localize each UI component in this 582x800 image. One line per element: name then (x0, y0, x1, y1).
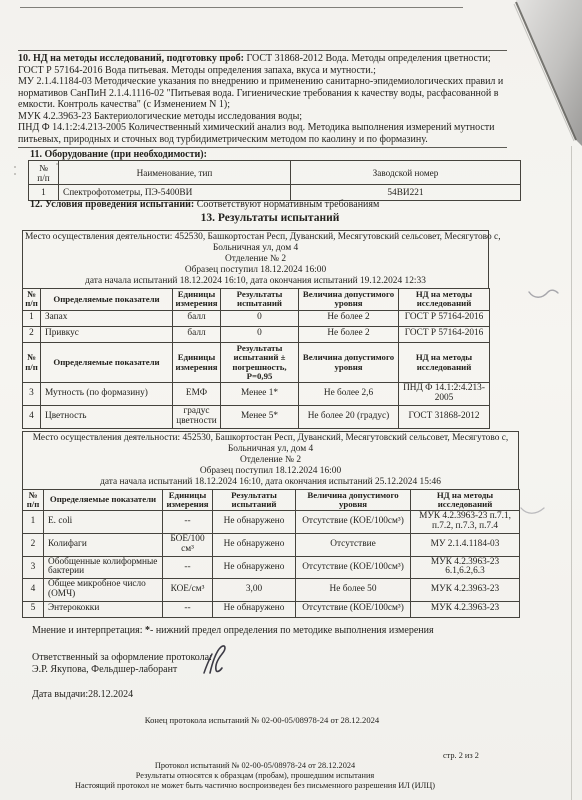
table-cell: ГОСТ Р 57164-2016 (399, 310, 490, 326)
table-cell: Отсутствие (КОЕ/100см³) (296, 556, 411, 579)
column-header: № п/п (29, 161, 59, 185)
issue-date: Дата выдачи:28.12.2024 (32, 689, 519, 700)
column-header: Наименование, тип (59, 161, 291, 185)
results-area: Место осуществления деятельности: 452530… (22, 230, 519, 733)
page-right-edge (571, 146, 572, 800)
table-cell: 3 (23, 556, 44, 579)
opinion-line: Мнение и интерпретация: *- нижний предел… (32, 625, 519, 636)
test-dates-line: дата начала испытаний 18.12.2024 16:10, … (25, 276, 486, 287)
table-cell: ЕМФ (173, 383, 221, 406)
method-item: ПНД Ф 14.1:2:4.213-2005 Количественный х… (18, 122, 507, 145)
corner-fold-graphic (506, 0, 582, 146)
column-header: Результаты испытаний (213, 489, 296, 511)
table-cell: Не обнаружено (213, 601, 296, 617)
table-cell: Не обнаружено (213, 556, 296, 579)
table-cell: Запах (41, 310, 173, 326)
location-line: Место осуществления деятельности: 452530… (25, 232, 486, 243)
column-header: Результаты испытаний (221, 289, 299, 311)
section-10-methods: 10. НД на методы исследований, подготовк… (18, 50, 507, 148)
department-line: Отделение № 2 (25, 455, 516, 466)
column-header: НД на методы исследований (399, 289, 490, 311)
table-cell: Не более 20 (градус) (299, 406, 399, 429)
scan-speck (14, 166, 16, 168)
column-header: НД на методы исследований (411, 489, 520, 511)
table-cell: E. coli (44, 511, 163, 534)
location-info-box: Место осуществления деятельности: 452530… (22, 230, 489, 289)
table-cell: 3 (23, 383, 41, 406)
table-cell: Не более 50 (296, 579, 411, 602)
scan-speck (14, 173, 16, 175)
table-cell: -- (163, 511, 213, 534)
method-item: МУ 2.1.4.1184-03 Методические указания п… (18, 76, 507, 111)
table-cell: Не более 2 (299, 310, 399, 326)
responsible-name: Э.Р. Якупова, Фельдшер-лаборант (32, 664, 519, 676)
table-row: 3Обобщенные колиформные бактерии--Не обн… (23, 556, 520, 579)
column-header: Определяемые показатели (41, 289, 173, 311)
table-cell: ГОСТ 31868-2012 (399, 406, 490, 429)
location-line: Место осуществления деятельности: 452530… (25, 433, 516, 444)
opinion-text: - нижний предел определения по методике … (150, 625, 434, 636)
page-number: стр. 2 из 2 (443, 751, 479, 760)
table-cell: Отсутствие (КОЕ/100см³) (296, 511, 411, 534)
table-cell: МУ 2.1.4.1184-03 (411, 534, 520, 557)
section-10-label: 10. НД на методы исследований, подготовк… (18, 53, 244, 64)
department-line: Отделение № 2 (25, 254, 486, 265)
table-cell: градус цветности (173, 406, 221, 429)
table-cell: Цветность (41, 406, 173, 429)
column-header: Заводской номер (291, 161, 521, 185)
page-corner-fold (506, 0, 582, 146)
footer-block: Протокол испытаний № 02-00-05/08978-24 о… (0, 761, 510, 791)
table-cell: Не обнаружено (213, 534, 296, 557)
opinion-label: Мнение и интерпретация: (32, 625, 143, 636)
section-12-label: 12. Условия проведения испытаний: (30, 199, 194, 210)
column-header: Определяемые показатели (44, 489, 163, 511)
table-cell: ГОСТ Р 57164-2016 (399, 326, 490, 342)
column-header: Единицы измерения (173, 342, 221, 383)
column-header: Определяемые показатели (41, 342, 173, 383)
results-table-2: № п/пОпределяемые показателиЕдиницы изме… (22, 489, 520, 618)
footer-results-line: Результаты относятся к образцам (пробам)… (0, 771, 510, 781)
table-cell: БОЕ/100 см³ (163, 534, 213, 557)
signature-block: Ответственный за оформление протокола: Э… (32, 652, 519, 676)
location-line: Больничная ул, дом 4 (25, 243, 486, 254)
equipment-header-row: № п/пНаименование, типЗаводской номер (29, 161, 521, 185)
table-cell: Колифаги (44, 534, 163, 557)
results-1a-body: № п/пОпределяемые показателиЕдиницы изме… (23, 289, 490, 343)
method-item: МУК 4.2.3963-23 Бактериологические метод… (18, 111, 507, 123)
table-row: 2Привкусбалл0Не более 2ГОСТ Р 57164-2016 (23, 326, 490, 342)
table-cell: МУК 4.2.3963-23 (411, 579, 520, 602)
responsible-label: Ответственный за оформление протокола: (32, 652, 519, 664)
sample-received-line: Образец поступил 18.12.2024 16:00 (25, 466, 516, 477)
table-cell: Обобщенные колиформные бактерии (44, 556, 163, 579)
end-of-protocol-line: Конец протокола испытаний № 02-00-05/089… (22, 715, 502, 725)
table-cell: МУК 4.2.3963-23 п.7.1, п.7.2, п.7.3, п.7… (411, 511, 520, 534)
column-header: Величина допустимого уровня (299, 342, 399, 383)
handwritten-signature (200, 642, 234, 678)
table-cell: 2 (23, 534, 44, 557)
location-line: Больничная ул, дом 4 (25, 444, 516, 455)
table-cell: ПНД Ф 14.1:2:4.213-2005 (399, 383, 490, 406)
column-header: Результаты испытаний ± погрешность, Р=0,… (221, 342, 299, 383)
results-2-body: № п/пОпределяемые показателиЕдиницы изме… (23, 489, 520, 617)
results-header-row: № п/пОпределяемые показателиЕдиницы изме… (23, 342, 490, 383)
column-header: Величина допустимого уровня (296, 489, 411, 511)
section-12-conditions: 12. Условия проведения испытаний: Соотве… (30, 199, 379, 210)
table-cell: Энтерококки (44, 601, 163, 617)
table-cell: Мутность (по формазину) (41, 383, 173, 406)
location-info-box: Место осуществления деятельности: 452530… (22, 431, 519, 490)
section-12-value: Соответствуют нормативным требованиям (197, 199, 380, 210)
table-cell: КОЕ/см³ (163, 579, 213, 602)
table-cell: Менее 5* (221, 406, 299, 429)
table-cell: Отсутствие (КОЕ/100см³) (296, 601, 411, 617)
table-cell: Привкус (41, 326, 173, 342)
section-13-title: 13. Результаты испытаний (20, 212, 520, 224)
results-header-row: № п/пОпределяемые показателиЕдиницы изме… (23, 289, 490, 311)
table-row: 3Мутность (по формазину)ЕМФМенее 1*Не бо… (23, 383, 490, 406)
table-row: 4Общее микробное число (ОМЧ)КОЕ/см³3,00Н… (23, 579, 520, 602)
table-cell: Не более 2 (299, 326, 399, 342)
test-dates-line: дата начала испытаний 18.12.2024 16:10, … (25, 477, 516, 488)
results-header-row: № п/пОпределяемые показателиЕдиницы изме… (23, 489, 520, 511)
table-cell: 1 (23, 310, 41, 326)
column-header: Единицы измерения (163, 489, 213, 511)
footer-copy-line: Настоящий протокол не может быть частичн… (0, 781, 510, 791)
table-cell: 2 (23, 326, 41, 342)
results-block-2: Место осуществления деятельности: 452530… (22, 431, 519, 618)
equipment-table: № п/пНаименование, типЗаводской номер 1С… (28, 160, 521, 201)
results-table-1: № п/пОпределяемые показателиЕдиницы изме… (22, 288, 490, 429)
section-11-label: 11. Оборудование (при необходимости): (30, 149, 207, 160)
table-cell: Менее 1* (221, 383, 299, 406)
table-row: 1Запахбалл0Не более 2ГОСТ Р 57164-2016 (23, 310, 490, 326)
table-cell: балл (173, 326, 221, 342)
table-cell: 4 (23, 406, 41, 429)
column-header: Величина допустимого уровня (299, 289, 399, 311)
table-cell: 5 (23, 601, 44, 617)
results-block-1: Место осуществления деятельности: 452530… (22, 230, 489, 429)
method-item: ГОСТ 31868-2012 Вода. Методы определения… (246, 53, 490, 64)
table-cell: 0 (221, 310, 299, 326)
table-cell: -- (163, 601, 213, 617)
table-cell: Не обнаружено (213, 511, 296, 534)
column-header: № п/п (23, 489, 44, 511)
column-header: НД на методы исследований (399, 342, 490, 383)
table-cell: 4 (23, 579, 44, 602)
column-header: Единицы измерения (173, 289, 221, 311)
column-header: № п/п (23, 289, 41, 311)
table-cell: 3,00 (213, 579, 296, 602)
table-row: 1E. coli--Не обнаруженоОтсутствие (КОЕ/1… (23, 511, 520, 534)
table-cell: 1 (23, 511, 44, 534)
scanned-protocol-page: 10. НД на методы исследований, подготовк… (0, 0, 582, 800)
table-row: 4Цветностьградус цветностиМенее 5*Не бол… (23, 406, 490, 429)
results-1b-body: № п/пОпределяемые показателиЕдиницы изме… (23, 342, 490, 428)
table-cell: МУК 4.2.3963-23 (411, 601, 520, 617)
sample-received-line: Образец поступил 18.12.2024 16:00 (25, 265, 486, 276)
pen-mark (520, 504, 548, 518)
table-row: 2КолифагиБОЕ/100 см³Не обнаруженоОтсутст… (23, 534, 520, 557)
method-item: ГОСТ Р 57164-2016 Вода питьевая. Методы … (18, 65, 507, 77)
equipment-table-body: № п/пНаименование, типЗаводской номер 1С… (29, 161, 521, 201)
table-cell: Отсутствие (296, 534, 411, 557)
table-row: 5Энтерококки--Не обнаруженоОтсутствие (К… (23, 601, 520, 617)
table-cell: 0 (221, 326, 299, 342)
table-cell: -- (163, 556, 213, 579)
table-cell: Общее микробное число (ОМЧ) (44, 579, 163, 602)
pen-mark (528, 286, 560, 302)
table-cell: Не более 2,6 (299, 383, 399, 406)
table-cell: МУК 4.2.3963-23 6.1,6.2,6.3 (411, 556, 520, 579)
top-rule (20, 7, 463, 8)
footer-protocol-line: Протокол испытаний № 02-00-05/08978-24 о… (0, 761, 510, 771)
column-header: № п/п (23, 342, 41, 383)
section-11-label-text: 11. Оборудование (при необходимости): (30, 149, 207, 160)
table-cell: балл (173, 310, 221, 326)
